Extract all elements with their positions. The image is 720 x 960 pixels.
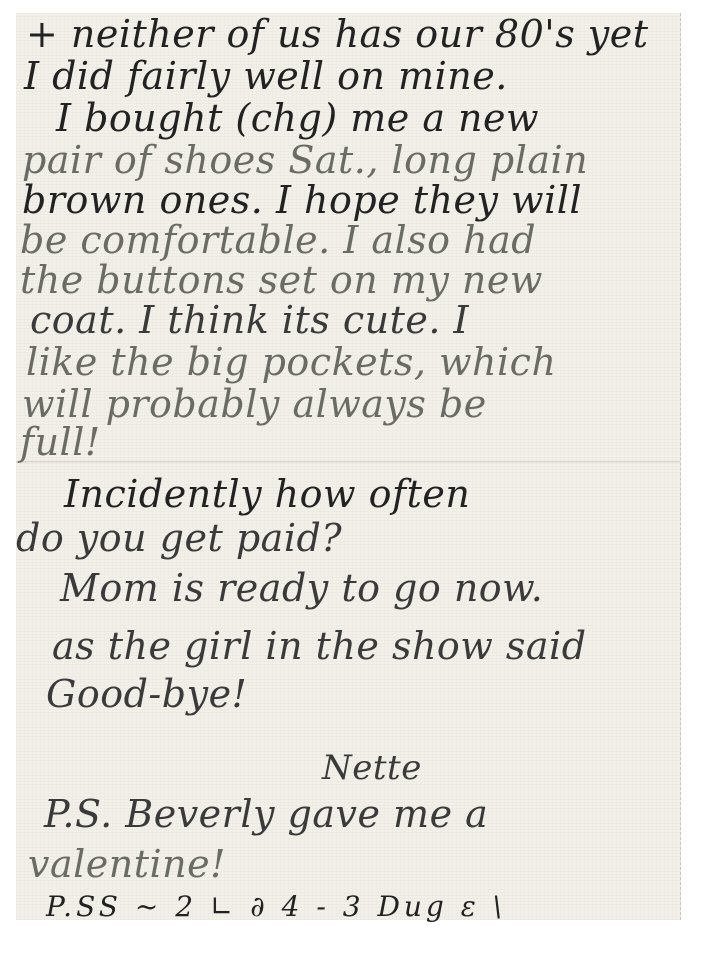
letter-line-5: brown ones. I hope they will [22,181,582,219]
letter-line-15: as the girl in the show said [52,627,587,665]
postscript-line-2: valentine! [28,845,226,883]
letter-line-2: I did fairly well on mine. [24,57,508,95]
letter-line-11: full! [20,423,101,461]
letter-line-10: will probably always be [22,385,487,423]
letter-line-4: pair of shoes Sat., long plain [22,141,588,179]
signature: Nette [322,751,422,785]
pss-shorthand-line: P.SS ~ 2 ∟ ∂ 4 - 3 Dug ɛ \ [46,893,506,921]
fold-crease [16,461,680,463]
letter-line-13: do you get paid? [16,519,342,557]
letter-line-7: the buttons set on my new [20,261,543,299]
letter-line-6: be comfortable. I also had [20,221,536,259]
postscript-line-1: P.S. Beverly gave me a [44,795,488,833]
letter-line-8: coat. I think its cute. I [30,301,469,339]
letter-page: + neither of us has our 80's yet I did f… [16,13,681,920]
letter-line-3: I bought (chg) me a new [56,99,539,137]
letter-line-14: Mom is ready to go now. [60,569,543,607]
letter-line-9: like the big pockets, which [26,343,556,381]
letter-line-12: Incidently how often [64,475,470,513]
letter-line-1: + neither of us has our 80's yet [26,15,649,53]
letter-line-16: Good-bye! [46,675,247,713]
